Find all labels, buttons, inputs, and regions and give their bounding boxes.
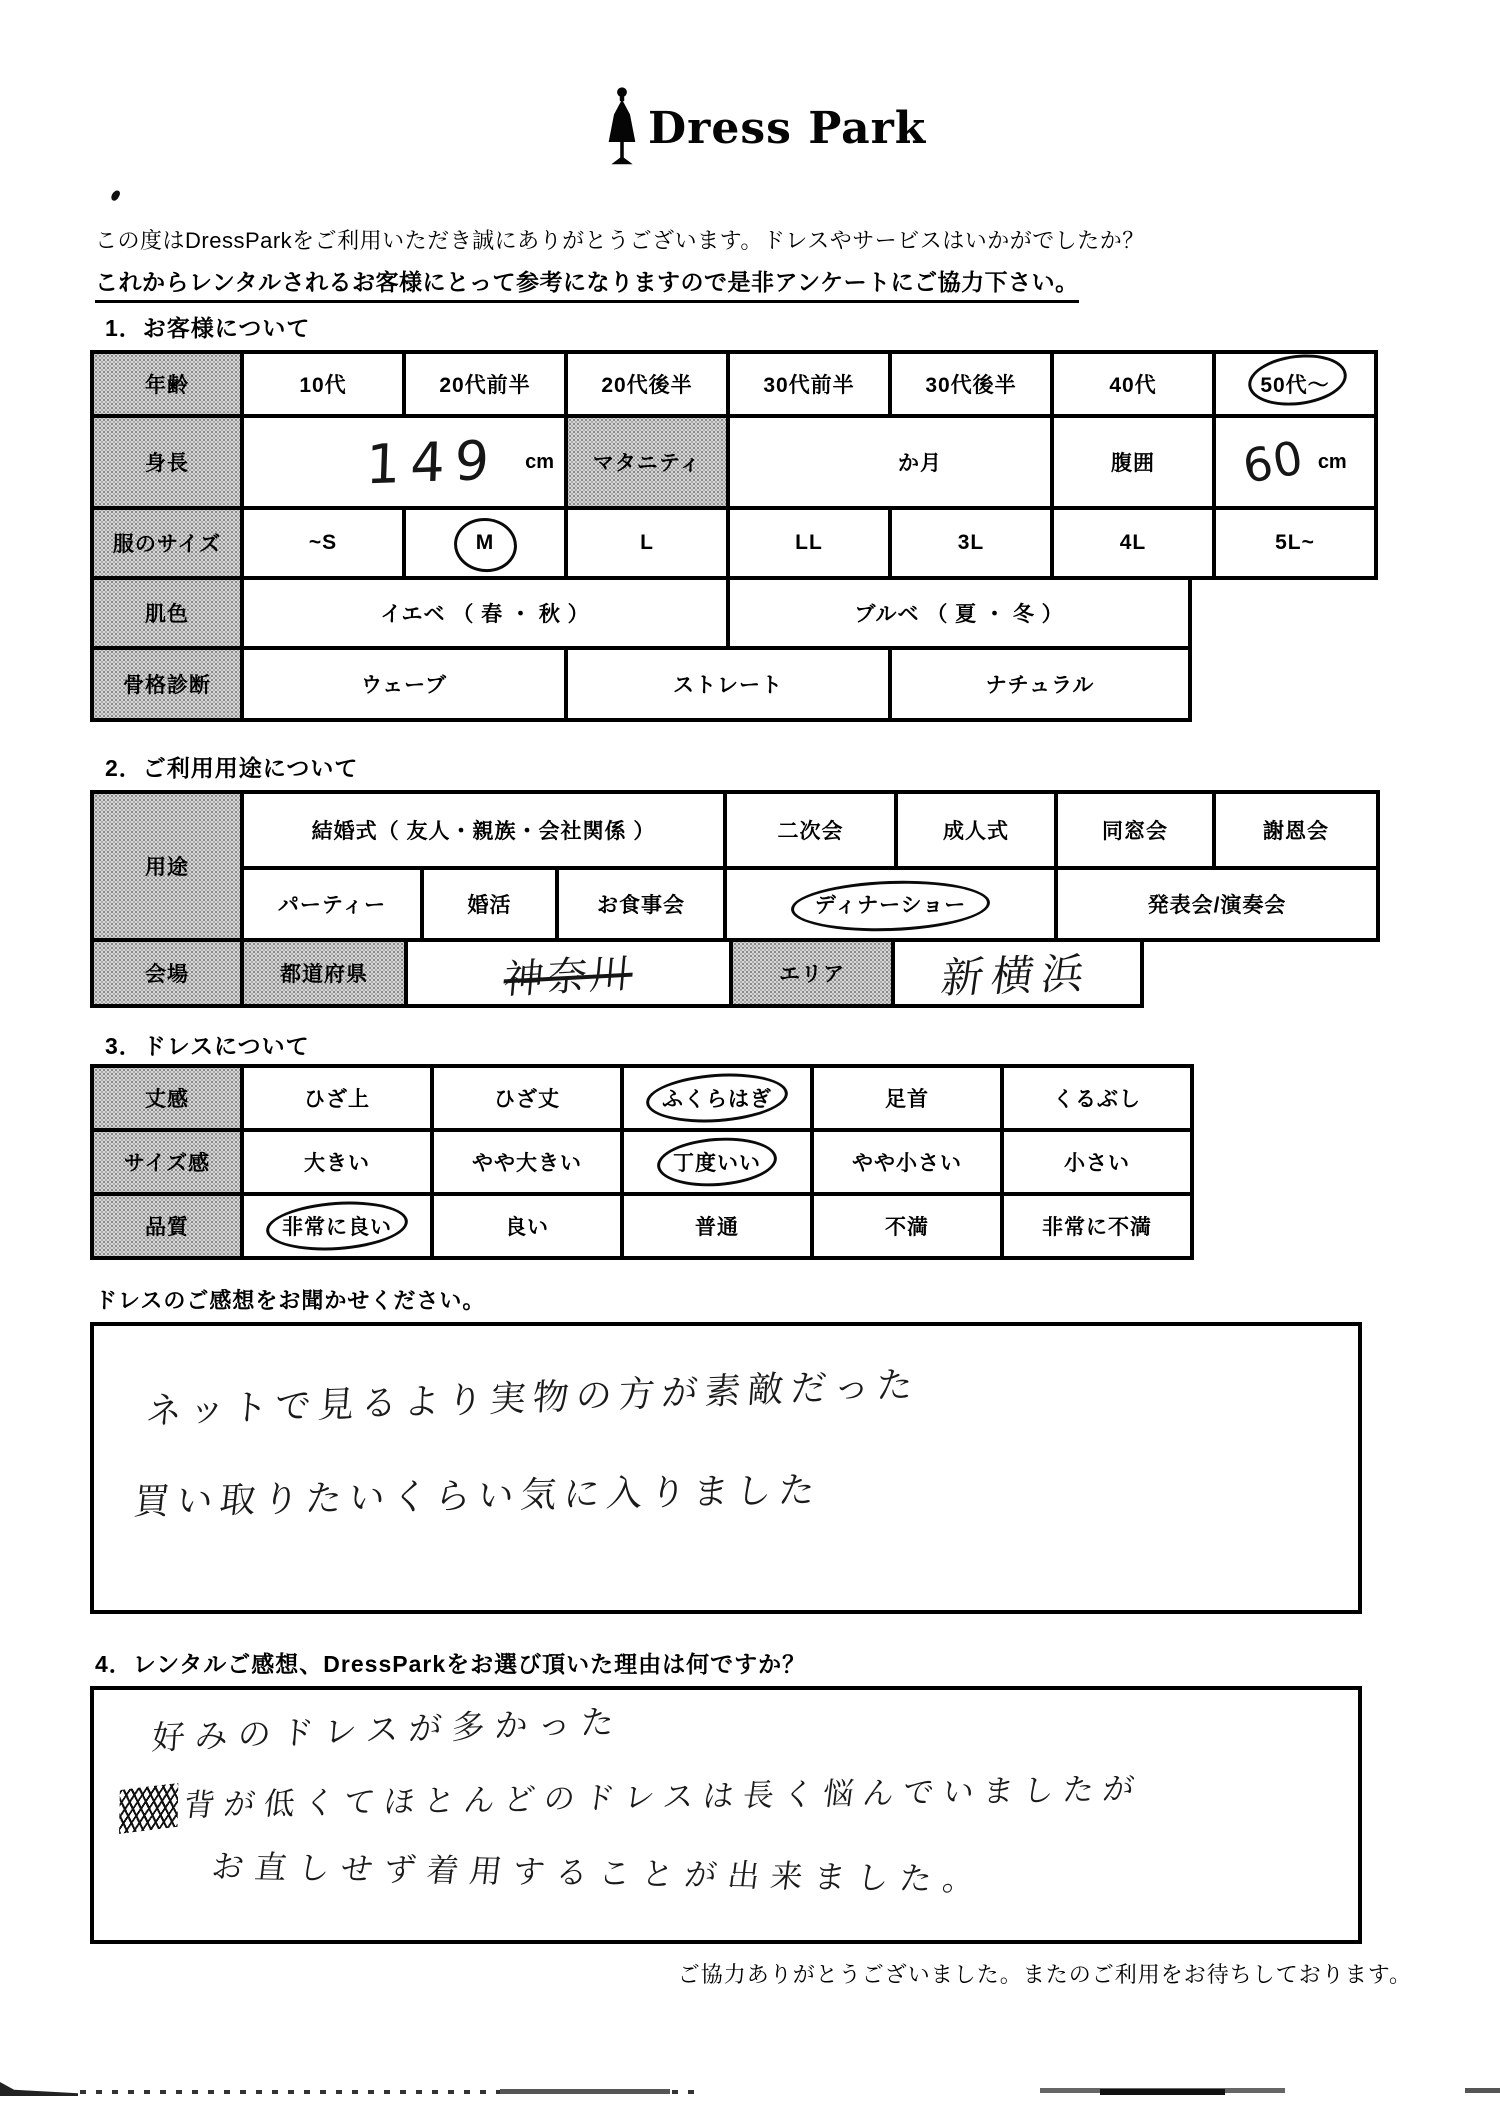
age-option-50s-selected: 50代～ [1216, 354, 1378, 418]
size-option-3l: 3L [892, 510, 1054, 580]
length-option-above-knee: ひざ上 [244, 1068, 434, 1132]
length-option-anklebone: くるぶし [1004, 1068, 1194, 1132]
size-option-m-selected: M [406, 510, 568, 580]
dress-mannequin-icon [604, 86, 640, 171]
quality-label: 品質 [94, 1196, 244, 1260]
waist-value-cell: 60 cm [1216, 418, 1378, 510]
age-option-late30s: 30代後半 [892, 354, 1054, 418]
section3-title: 3．ドレスについて [105, 1028, 310, 1061]
quality-option-unsatisfied: 不満 [814, 1196, 1004, 1260]
handwritten-feedback-line2: 買い取りたいくらい気に入りました [131, 1462, 824, 1525]
waist-label: 腹囲 [1054, 418, 1216, 510]
purpose-option-coming-of-age: 成人式 [898, 794, 1058, 870]
purpose-option-afterparty: 二次会 [727, 794, 898, 870]
scribbled-out-text [119, 1782, 178, 1833]
maternity-label: マタニティ [568, 418, 730, 510]
age-row: 年齢 10代 20代前半 20代後半 30代前半 30代後半 40代 50代～ [94, 354, 1378, 418]
height-label: 身長 [94, 418, 244, 510]
size-label: 服のサイズ [94, 510, 244, 580]
venue-label: 会場 [94, 942, 244, 1008]
dress-feedback-prompt: ドレスのご感想をお聞かせください。 [95, 1284, 485, 1315]
purpose-block: 用途 結婚式（ 友人・親族・会社関係 ） 二次会 成人式 同窓会 謝恩会 パーテ… [94, 794, 1380, 942]
scan-artifact [0, 2082, 78, 2096]
size-option-l: L [568, 510, 730, 580]
prefecture-value-cell: 神奈川 [408, 942, 733, 1008]
skin-label: 肌色 [94, 580, 244, 650]
height-unit: cm [525, 451, 554, 474]
prefecture-label: 都道府県 [244, 942, 408, 1008]
handwritten-reason-line1: 好みのドレスが多かった [150, 1696, 625, 1760]
section2-title: 2．ご利用用途について [105, 750, 358, 783]
fit-row: サイズ感 大きい やや大きい 丁度いい やや小さい 小さい [94, 1132, 1194, 1196]
length-row: 丈感 ひざ上 ひざ丈 ふくらはぎ 足首 くるぶし [94, 1068, 1194, 1132]
section4-title: 4．レンタルご感想、DressParkをお選び頂いた理由は何ですか？ [95, 1646, 806, 1679]
frame-option-natural: ナチュラル [892, 650, 1192, 722]
age-option-10s: 10代 [244, 354, 406, 418]
fit-option-large: 大きい [244, 1132, 434, 1196]
purpose-row2: パーティー 婚活 お食事会 ディナーショー 発表会/演奏会 [244, 870, 1380, 942]
handwritten-reason-line3: お直しせず着用することが出来ました。 [209, 1841, 989, 1900]
frame-option-wave: ウェーブ [244, 650, 568, 722]
purpose-option-reunion: 同窓会 [1058, 794, 1216, 870]
length-option-knee: ひざ丈 [434, 1068, 624, 1132]
length-option-ankle: 足首 [814, 1068, 1004, 1132]
age-option-40s: 40代 [1054, 354, 1216, 418]
height-row: 身長 149 cm マタニティ か月 腹囲 60 cm [94, 418, 1378, 510]
handwritten-waist: 60 [1239, 430, 1308, 494]
maternity-months-cell: か月 [730, 418, 1054, 510]
handwritten-circle-mark: 50代～ [1260, 369, 1329, 399]
scan-artifact [500, 2089, 670, 2094]
handwritten-height: 149 [365, 428, 500, 496]
frame-label: 骨格診断 [94, 650, 244, 722]
brand-logo: Dress Park [604, 86, 926, 171]
handwritten-prefecture: 神奈川 [502, 941, 636, 1005]
purpose-option-dinner-party: お食事会 [559, 870, 727, 942]
handwritten-circle-mark: M [476, 531, 495, 555]
handwritten-circle-mark: 丁度いい [673, 1147, 761, 1177]
frame-option-straight: ストレート [568, 650, 892, 722]
fit-option-slightly-small: やや小さい [814, 1132, 1004, 1196]
size-option-4l: 4L [1054, 510, 1216, 580]
scan-speck [110, 189, 121, 202]
size-option-5l: 5L~ [1216, 510, 1378, 580]
purpose-option-thanks-party: 謝恩会 [1216, 794, 1380, 870]
skin-option-yellow-base: イエベ （ 春 ・ 秋 ） [244, 580, 730, 650]
purpose-option-wedding: 結婚式（ 友人・親族・会社関係 ） [244, 794, 727, 870]
handwritten-reason-line2: 背が低くてほとんどのドレスは長く悩んでいましたが [117, 1763, 1146, 1830]
purpose-table: 用途 結婚式（ 友人・親族・会社関係 ） 二次会 成人式 同窓会 謝恩会 パーテ… [90, 790, 1380, 1008]
age-option-early20s: 20代前半 [406, 354, 568, 418]
frame-row: 骨格診断 ウェーブ ストレート ナチュラル [94, 650, 1378, 722]
length-label: 丈感 [94, 1068, 244, 1132]
area-label: エリア [733, 942, 895, 1008]
handwritten-circle-mark: ふくらはぎ [662, 1083, 772, 1113]
footer-thanks-text: ご協力ありがとうございました。またのご利用をお待ちしております。 [678, 1958, 1412, 1989]
size-option-ll: LL [730, 510, 892, 580]
purpose-option-recital: 発表会/演奏会 [1058, 870, 1380, 942]
size-option-s: ~S [244, 510, 406, 580]
fit-option-slightly-large: やや大きい [434, 1132, 624, 1196]
dress-table: 丈感 ひざ上 ひざ丈 ふくらはぎ 足首 くるぶし サイズ感 大きい やや大きい … [90, 1064, 1194, 1260]
section1-title: 1．お客様について [105, 310, 310, 343]
quality-option-good: 良い [434, 1196, 624, 1260]
questionnaire-scan: Dress Park この度はDressParkをご利用いただき誠にありがとうご… [0, 0, 1500, 2127]
purpose-option-konkatsu: 婚活 [424, 870, 559, 942]
brand-name: Dress Park [648, 103, 926, 154]
age-option-early30s: 30代前半 [730, 354, 892, 418]
length-option-calf-selected: ふくらはぎ [624, 1068, 814, 1132]
dress-feedback-box: ネットで見るより実物の方が素敵だった 買い取りたいくらい気に入りました [90, 1322, 1362, 1614]
handwritten-circle-mark: ディナーショー [815, 889, 966, 919]
purpose-label: 用途 [94, 794, 244, 942]
quality-option-very-unsatisfied: 非常に不満 [1004, 1196, 1194, 1260]
purpose-option-dinner-show-selected: ディナーショー [727, 870, 1058, 942]
intro-thanks-text: この度はDressParkをご利用いただき誠にありがとうございます。ドレスやサー… [95, 224, 1145, 255]
venue-row: 会場 都道府県 神奈川 エリア 新横浜 [94, 942, 1380, 1008]
quality-option-normal: 普通 [624, 1196, 814, 1260]
scan-artifact [1100, 2089, 1225, 2095]
fit-option-small: 小さい [1004, 1132, 1194, 1196]
area-value-cell: 新横浜 [895, 942, 1144, 1008]
fit-option-just-right-selected: 丁度いい [624, 1132, 814, 1196]
rental-feedback-box: 好みのドレスが多かった 背が低くてほとんどのドレスは長く悩んでいましたが お直し… [90, 1686, 1362, 1944]
purpose-option-party: パーティー [244, 870, 424, 942]
skin-row: 肌色 イエベ （ 春 ・ 秋 ） ブルベ （ 夏 ・ 冬 ） [94, 580, 1378, 650]
age-label: 年齢 [94, 354, 244, 418]
purpose-row1: 結婚式（ 友人・親族・会社関係 ） 二次会 成人式 同窓会 謝恩会 [244, 794, 1380, 870]
handwritten-area: 新横浜 [938, 940, 1096, 1006]
quality-row: 品質 非常に良い 良い 普通 不満 非常に不満 [94, 1196, 1194, 1260]
customer-table: 年齢 10代 20代前半 20代後半 30代前半 30代後半 40代 50代～ … [90, 350, 1378, 722]
age-option-late20s: 20代後半 [568, 354, 730, 418]
fit-label: サイズ感 [94, 1132, 244, 1196]
intro-request-text: これからレンタルされるお客様にとって参考になりますので是非アンケートにご協力下さ… [95, 264, 1079, 303]
handwritten-circle-mark: 非常に良い [282, 1211, 392, 1241]
quality-option-very-good-selected: 非常に良い [244, 1196, 434, 1260]
handwritten-feedback-line1: ネットで見るより実物の方が素敵だった [144, 1356, 921, 1434]
scan-artifact [1465, 2088, 1500, 2093]
size-row: 服のサイズ ~S M L LL 3L 4L 5L~ [94, 510, 1378, 580]
waist-unit: cm [1318, 451, 1347, 474]
height-value-cell: 149 cm [244, 418, 568, 510]
skin-option-blue-base: ブルベ （ 夏 ・ 冬 ） [730, 580, 1192, 650]
